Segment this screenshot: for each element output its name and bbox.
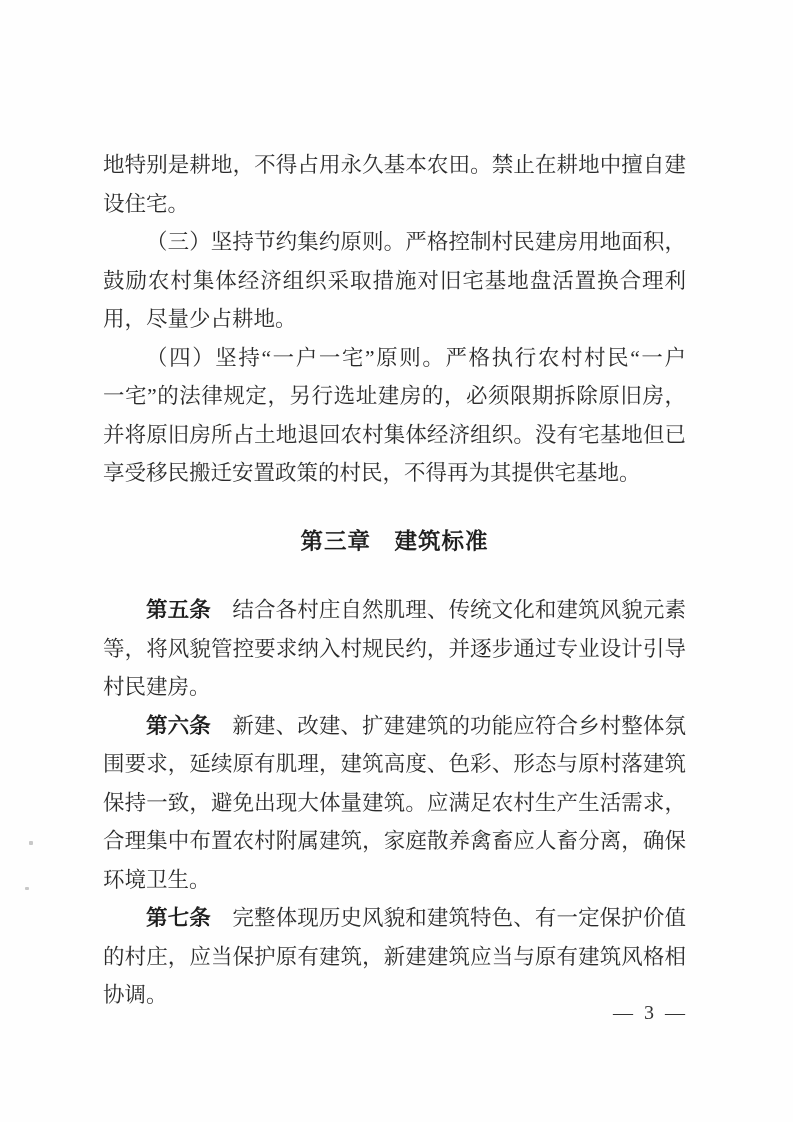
line-text: 新建、改建、扩建建筑的功能应符合乡村整体氛 bbox=[211, 714, 686, 738]
paragraph: 第五条 结合各村庄自然肌理、传统文化和建筑风貌元素等，将风貌管控要求纳入村规民约… bbox=[103, 591, 686, 707]
text-line: 保持一致，避免出现大体量建筑。应满足农村生产生活需求， bbox=[103, 784, 686, 823]
document-content: 地特别是耕地，不得占用永久基本农田。禁止在耕地中擅自建设住宅。（三）坚持节约集约… bbox=[103, 146, 686, 1015]
line-text: 完整体现历史风貌和建筑特色、有一定保护价值 bbox=[211, 906, 686, 930]
paragraph: 地特别是耕地，不得占用永久基本农田。禁止在耕地中擅自建设住宅。 bbox=[103, 146, 686, 223]
line-text: 结合各村庄自然肌理、传统文化和建筑风貌元素 bbox=[211, 598, 686, 622]
chapter-heading: 第三章 建筑标准 bbox=[103, 523, 686, 562]
paragraph: 第七条 完整体现历史风貌和建筑特色、有一定保护价值的村庄，应当保护原有建筑，新建… bbox=[103, 899, 686, 1015]
paragraph: （四）坚持“一户一宅”原则。严格执行农村村民“一户一宅”的法律规定，另行选址建房… bbox=[103, 339, 686, 493]
paragraph: 第六条 新建、改建、扩建建筑的功能应符合乡村整体氛围要求，延续原有肌理，建筑高度… bbox=[103, 707, 686, 900]
text-line: 的村庄，应当保护原有建筑，新建建筑应当与原有建筑风格相 bbox=[103, 938, 686, 977]
text-line: 鼓励农村集体经济组织采取措施对旧宅基地盘活置换合理利 bbox=[103, 262, 686, 301]
page-number: — 3 — bbox=[613, 1000, 688, 1026]
text-line: （四）坚持“一户一宅”原则。严格执行农村村民“一户 bbox=[103, 339, 686, 378]
text-line: 设住宅。 bbox=[103, 185, 686, 224]
article-number: 第七条 bbox=[146, 906, 211, 930]
text-line: 第七条 完整体现历史风貌和建筑特色、有一定保护价值 bbox=[103, 899, 686, 938]
paragraph: （三）坚持节约集约原则。严格控制村民建房用地面积，鼓励农村集体经济组织采取措施对… bbox=[103, 223, 686, 339]
scan-speck bbox=[25, 887, 29, 890]
text-line: 一宅”的法律规定，另行选址建房的，必须限期拆除原旧房， bbox=[103, 377, 686, 416]
text-line: 协调。 bbox=[103, 976, 686, 1015]
text-line: 等，将风貌管控要求纳入村规民约，并逐步通过专业设计引导 bbox=[103, 630, 686, 669]
scan-speck bbox=[29, 841, 33, 845]
text-line: 地特别是耕地，不得占用永久基本农田。禁止在耕地中擅自建 bbox=[103, 146, 686, 185]
text-line: 并将原旧房所占土地退回农村集体经济组织。没有宅基地但已 bbox=[103, 416, 686, 455]
text-line: 围要求，延续原有肌理，建筑高度、色彩、形态与原村落建筑 bbox=[103, 745, 686, 784]
text-line: 第五条 结合各村庄自然肌理、传统文化和建筑风貌元素 bbox=[103, 591, 686, 630]
text-line: 享受移民搬迁安置政策的村民，不得再为其提供宅基地。 bbox=[103, 454, 686, 493]
article-number: 第五条 bbox=[146, 598, 211, 622]
text-line: 环境卫生。 bbox=[103, 861, 686, 900]
text-line: （三）坚持节约集约原则。严格控制村民建房用地面积， bbox=[103, 223, 686, 262]
text-line: 合理集中布置农村附属建筑，家庭散养禽畜应人畜分离，确保 bbox=[103, 822, 686, 861]
text-line: 用，尽量少占耕地。 bbox=[103, 300, 686, 339]
article-number: 第六条 bbox=[146, 714, 211, 738]
document-page: 地特别是耕地，不得占用永久基本农田。禁止在耕地中擅自建设住宅。（三）坚持节约集约… bbox=[0, 0, 793, 1122]
text-line: 村民建房。 bbox=[103, 668, 686, 707]
text-line: 第六条 新建、改建、扩建建筑的功能应符合乡村整体氛 bbox=[103, 707, 686, 746]
